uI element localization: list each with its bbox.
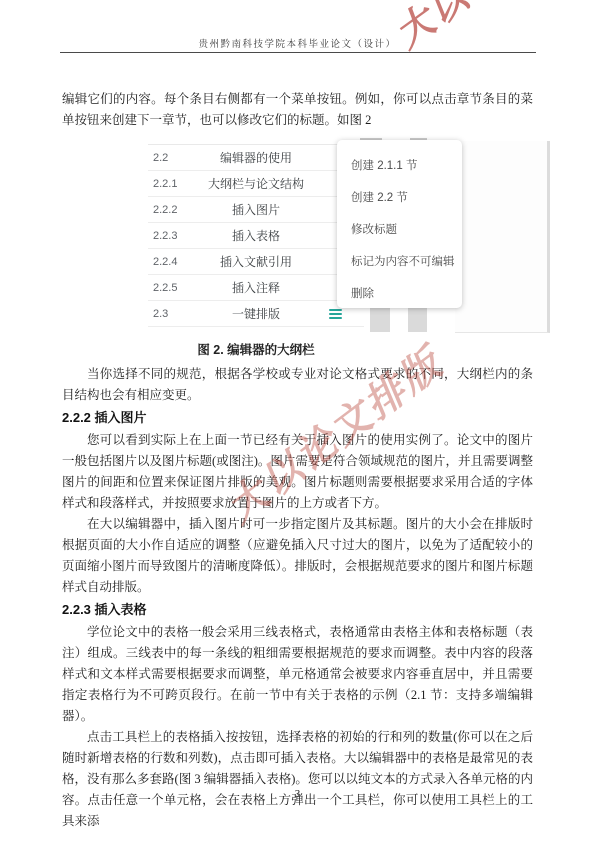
watermark-fragment: 大以	[383, 0, 507, 65]
menu-item-mark-uneditable[interactable]: 标记为内容不可编辑	[337, 246, 462, 278]
menu-item-delete[interactable]: 删除	[337, 278, 462, 310]
paragraph: 当你选择不同的规范，根据各学校或专业对论文格式要求的不同，大纲栏内的条目结构也会…	[62, 364, 533, 406]
page-header-title: 贵州黔南科技学院本科毕业论文（设计）	[0, 36, 595, 50]
paragraph: 学位论文中的表格一般会采用三线表格式，表格通常由表格主体和表格标题（表注）组成。…	[62, 622, 533, 727]
outline-row-title: 插入注释	[232, 281, 280, 295]
outline-row-number: 2.2.5	[153, 275, 177, 301]
section-heading-insert-image: 2.2.2 插入图片	[62, 407, 533, 429]
outline-panel: 2.2 编辑器的使用 2.2.1 大纲栏与论文结构 2.2.2 插入图片 2.2…	[148, 138, 364, 327]
outline-row-title: 大纲栏与论文结构	[208, 177, 304, 191]
outline-row-number: 2.2.1	[153, 171, 177, 197]
outline-row-number: 2.2.4	[153, 249, 177, 275]
outline-row-number: 2.2.2	[153, 197, 177, 223]
outline-row-partial	[148, 138, 364, 145]
outline-row[interactable]: 2.2.4 插入文献引用	[148, 249, 364, 275]
outline-row-title: 插入文献引用	[220, 255, 292, 269]
page-body: 编辑它们的内容。每个条目右侧都有一个菜单按钮。例如，你可以点击章节条目的菜单按钮…	[62, 89, 533, 832]
page-number: 3	[0, 788, 595, 800]
paragraph: 您可以看到实际上在上面一节已经有关于插入图片的使用实例了。论文中的图片一般包括图…	[62, 430, 533, 514]
paragraph: 在大以编辑器中，插入图片时可一步指定图片及其标题。图片的大小会在排版时根据页面的…	[62, 514, 533, 598]
menu-item-create-section[interactable]: 创建 2.2 节	[337, 182, 462, 214]
context-menu: 创建 2.1.1 节 创建 2.2 节 修改标题 标记为内容不可编辑 删除	[337, 140, 462, 308]
one-click-format-list-icon	[329, 309, 342, 319]
outline-row-number: 2.2	[153, 145, 168, 171]
outline-row[interactable]: 2.2 编辑器的使用	[148, 145, 364, 171]
outline-row-title: 一键排版	[232, 307, 280, 321]
thesis-page: 贵州黔南科技学院本科毕业论文（设计） 编辑它们的内容。每个条目右侧都有一个菜单按…	[0, 0, 595, 842]
outline-row-title: 插入图片	[232, 203, 280, 217]
figure-editor-outline: 2.2 编辑器的使用 2.2.1 大纲栏与论文结构 2.2.2 插入图片 2.2…	[148, 138, 551, 358]
outline-row[interactable]: 2.2.2 插入图片	[148, 197, 364, 223]
figure-caption: 图 2. 编辑器的大纲栏	[148, 340, 364, 358]
background-page-edge	[455, 141, 550, 333]
header-divider	[60, 52, 536, 53]
outline-row-number: 2.2.3	[153, 223, 177, 249]
section-heading-insert-table: 2.2.3 插入表格	[62, 599, 533, 621]
paragraph: 点击工具栏上的表格插入按按钮，选择表格的初始的行和列的数量(你可以在之后随时新增…	[62, 727, 533, 832]
outline-row-title: 插入表格	[232, 229, 280, 243]
outline-row[interactable]: 2.2.3 插入表格	[148, 223, 364, 249]
paragraph: 编辑它们的内容。每个条目右侧都有一个菜单按钮。例如，你可以点击章节条目的菜单按钮…	[62, 89, 533, 131]
outline-row-title: 编辑器的使用	[220, 151, 292, 165]
outline-row-number: 2.3	[153, 301, 168, 327]
outline-row[interactable]: 2.2.1 大纲栏与论文结构	[148, 171, 364, 197]
figure-image: 2.2 编辑器的使用 2.2.1 大纲栏与论文结构 2.2.2 插入图片 2.2…	[148, 138, 551, 335]
outline-row-active[interactable]: 2.3 一键排版	[148, 301, 364, 327]
outline-row[interactable]: 2.2.5 插入注释	[148, 275, 364, 301]
menu-item-rename[interactable]: 修改标题	[337, 214, 462, 246]
menu-item-create-subsection[interactable]: 创建 2.1.1 节	[337, 150, 462, 182]
